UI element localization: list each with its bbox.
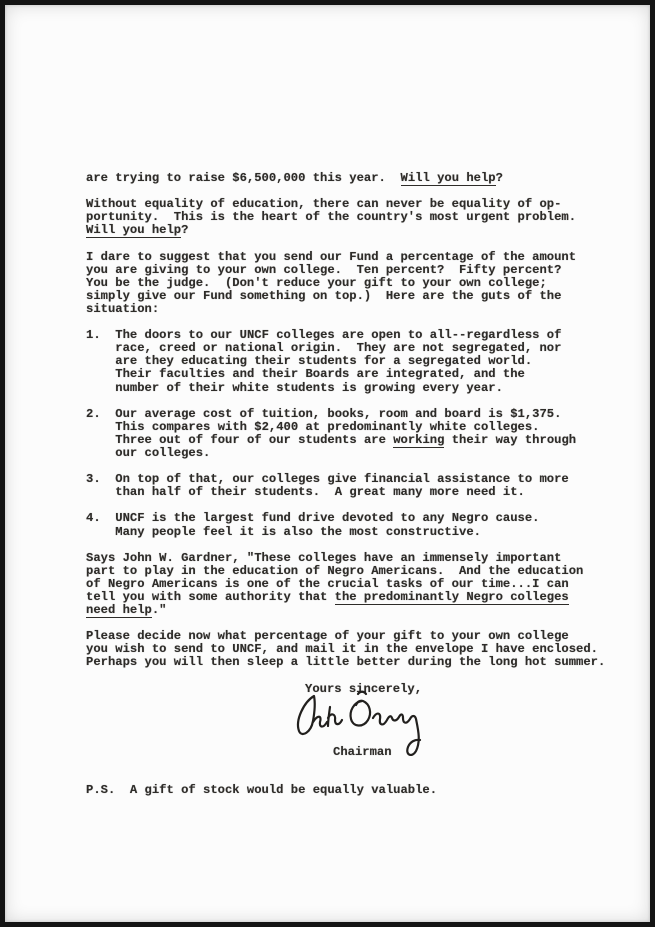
text-segment: ? bbox=[496, 171, 503, 185]
paragraph-equality: Without equality of education, there can… bbox=[86, 198, 611, 237]
letter-line: Says John W. Gardner, "These colleges ha… bbox=[86, 552, 611, 565]
list-item-2: 2. Our average cost of tuition, books, r… bbox=[86, 408, 611, 460]
letter-line: than half of their students. A great man… bbox=[115, 486, 611, 499]
letter-line: You be the judge. (Don't reduce your gif… bbox=[86, 277, 611, 290]
text-segment: are trying to raise $6,500,000 this year… bbox=[86, 171, 401, 185]
letter-line: situation: bbox=[86, 303, 611, 316]
letter-line: simply give our Fund something on top.) … bbox=[86, 290, 611, 303]
text-segment: their way through bbox=[444, 433, 576, 447]
text-segment: tell you with some authority that bbox=[86, 590, 335, 604]
list-item-3: 3. On top of that, our colleges give fin… bbox=[86, 473, 611, 499]
letter-line: Perhaps you will then sleep a little bet… bbox=[86, 656, 611, 669]
signoff-block: Yours sincerely, Chairman bbox=[86, 683, 611, 759]
letter-line: are trying to raise $6,500,000 this year… bbox=[86, 172, 611, 185]
paragraph-gardner-quote: Says John W. Gardner, "These colleges ha… bbox=[86, 552, 611, 617]
list-number: 4. bbox=[86, 512, 101, 525]
letter-line: Our average cost of tuition, books, room… bbox=[115, 408, 611, 421]
letter-line: I dare to suggest that you send our Fund… bbox=[86, 251, 611, 264]
letter-line: UNCF is the largest fund drive devoted t… bbox=[115, 512, 611, 525]
valediction: Yours sincerely, bbox=[305, 683, 611, 696]
list-number: 1. bbox=[86, 329, 101, 342]
underlined-text: the predominantly Negro colleges bbox=[335, 590, 569, 605]
letter-line: need help." bbox=[86, 604, 611, 617]
letter-line: Will you help? bbox=[86, 224, 611, 237]
letter-line: P.S. A gift of stock would be equally va… bbox=[86, 784, 611, 797]
letter-body: are trying to raise $6,500,000 this year… bbox=[86, 172, 611, 810]
postscript: P.S. A gift of stock would be equally va… bbox=[86, 784, 611, 797]
letter-line: number of their white students is growin… bbox=[115, 382, 611, 395]
letter-page: are trying to raise $6,500,000 this year… bbox=[5, 5, 650, 922]
underlined-text: Will you help bbox=[86, 223, 181, 238]
list-item-4: 4. UNCF is the largest fund drive devote… bbox=[86, 512, 611, 538]
letter-line: our colleges. bbox=[115, 447, 611, 460]
underlined-text: working bbox=[393, 433, 444, 448]
text-segment: ." bbox=[152, 603, 167, 617]
text-segment: ? bbox=[181, 223, 188, 237]
document-scan: { "scan": { "frame_color": "#141414", "p… bbox=[0, 0, 655, 927]
list-number: 2. bbox=[86, 408, 101, 421]
letter-line: Their faculties and their Boards are int… bbox=[115, 368, 611, 381]
letter-line: Three out of four of our students are wo… bbox=[115, 434, 611, 447]
letter-line: Many people feel it is also the most con… bbox=[115, 526, 611, 539]
text-segment: Three out of four of our students are bbox=[115, 433, 393, 447]
underlined-text: Will you help bbox=[401, 171, 496, 186]
signature-area bbox=[86, 696, 611, 746]
paragraph-opening: are trying to raise $6,500,000 this year… bbox=[86, 172, 611, 185]
letter-line: part to play in the education of Negro A… bbox=[86, 565, 611, 578]
signer-title: Chairman bbox=[333, 746, 611, 759]
letter-line: you are giving to your own college. Ten … bbox=[86, 264, 611, 277]
paragraph-suggestion: I dare to suggest that you send our Fund… bbox=[86, 251, 611, 316]
list-item-1: 1. The doors to our UNCF colleges are op… bbox=[86, 329, 611, 394]
underlined-text: need help bbox=[86, 603, 152, 618]
list-number: 3. bbox=[86, 473, 101, 486]
paragraph-closing: Please decide now what percentage of you… bbox=[86, 630, 611, 669]
